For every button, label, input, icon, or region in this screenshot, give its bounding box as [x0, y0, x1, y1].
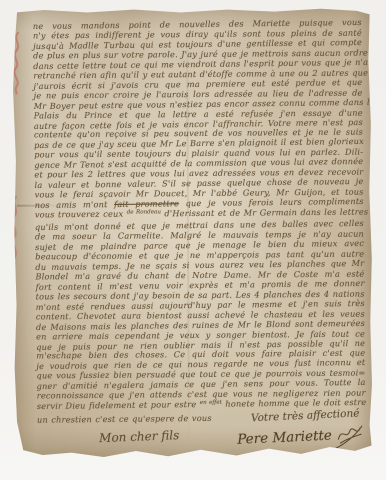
signature-text: Pere Mariette — [237, 422, 364, 448]
letter-text-block: ne vous mandons point de nouvelles des M… — [33, 18, 366, 448]
letter-last-line: un chrestien c'est ce qu'espere de vous — [37, 413, 212, 425]
letter-paper: ne vous mandons point de nouvelles des M… — [12, 7, 373, 458]
addressee-text: Mon cher fils — [99, 428, 180, 445]
signature-paraph-icon — [334, 422, 365, 449]
red-chalk-mark-upper — [10, 31, 24, 95]
signature-name: Pere Mariette — [237, 428, 332, 448]
letter-lines: ne vous mandons point de nouvelles des M… — [33, 18, 366, 414]
signature-row: Mon cher fils Pere Mariette — [37, 424, 366, 447]
photo-background: { "page": { "background_color": "#f2f1ee… — [0, 0, 386, 480]
